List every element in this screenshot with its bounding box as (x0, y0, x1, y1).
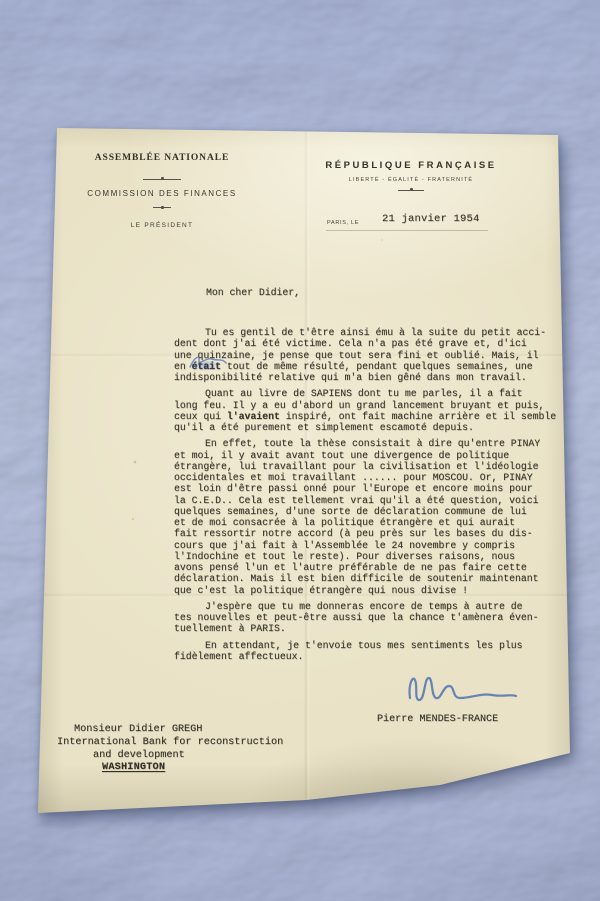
photo-background: ASSEMBLÉE NATIONALE COMMISSION DES FINAN… (0, 0, 600, 901)
photo-vignette (0, 0, 600, 901)
